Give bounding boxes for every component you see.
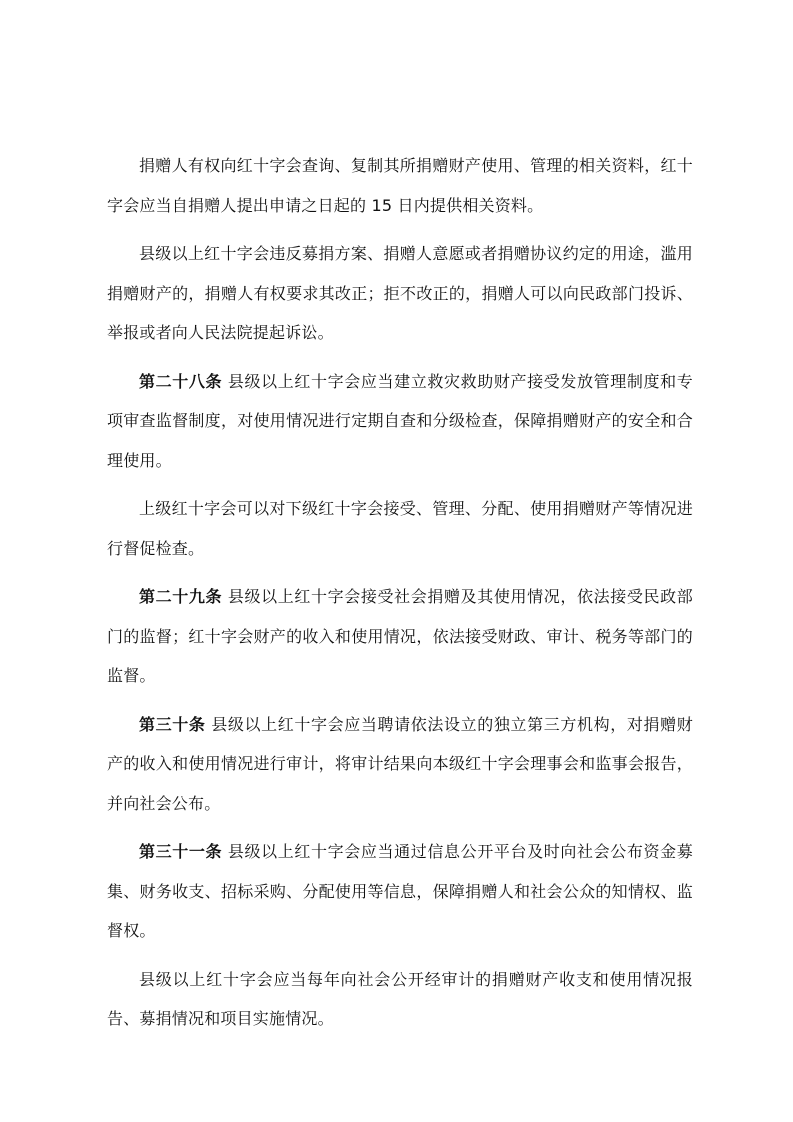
paragraph-article-29: 第二十九条 县级以上红十字会接受社会捐赠及其使用情况，依法接受民政部门的监督；红…: [107, 577, 693, 696]
paragraph-text: 上级红十字会可以对下级红十字会接受、管理、分配、使用捐赠财产等情况进行督促检查。: [107, 499, 693, 558]
paragraph-annual-report: 县级以上红十字会应当每年向社会公开经审计的捐赠财产收支和使用情况报告、募捐情况和…: [107, 960, 693, 1039]
paragraph-article-28: 第二十八条 县级以上红十字会应当建立救灾救助财产接受发放管理制度和专项审查监督制…: [107, 362, 693, 481]
paragraph-text: 县级以上红十字会违反募捐方案、捐赠人意愿或者捐赠协议约定的用途，滥用捐赠财产的，…: [107, 244, 693, 342]
paragraph-donor-complaint-rights: 县级以上红十字会违反募捐方案、捐赠人意愿或者捐赠协议约定的用途，滥用捐赠财产的，…: [107, 234, 693, 353]
paragraph-text: 捐赠人有权向红十字会查询、复制其所捐赠财产使用、管理的相关资料，红十字会应当自捐…: [107, 156, 693, 215]
paragraph-supervision-lower-level: 上级红十字会可以对下级红十字会接受、管理、分配、使用捐赠财产等情况进行督促检查。: [107, 489, 693, 568]
article-heading: 第三十条: [139, 715, 206, 734]
document-page: 捐赠人有权向红十字会查询、复制其所捐赠财产使用、管理的相关资料，红十字会应当自捐…: [107, 146, 693, 1048]
article-heading: 第二十九条: [139, 587, 222, 606]
paragraph-article-30: 第三十条 县级以上红十字会应当聘请依法设立的独立第三方机构，对捐赠财产的收入和使…: [107, 705, 693, 824]
paragraph-article-31: 第三十一条 县级以上红十字会应当通过信息公开平台及时向社会公布资金募集、财务收支…: [107, 832, 693, 951]
paragraph-donor-inquiry-rights: 捐赠人有权向红十字会查询、复制其所捐赠财产使用、管理的相关资料，红十字会应当自捐…: [107, 146, 693, 225]
article-heading: 第二十八条: [139, 372, 222, 391]
article-heading: 第三十一条: [139, 842, 222, 861]
paragraph-text: 县级以上红十字会应当每年向社会公开经审计的捐赠财产收支和使用情况报告、募捐情况和…: [107, 970, 693, 1029]
